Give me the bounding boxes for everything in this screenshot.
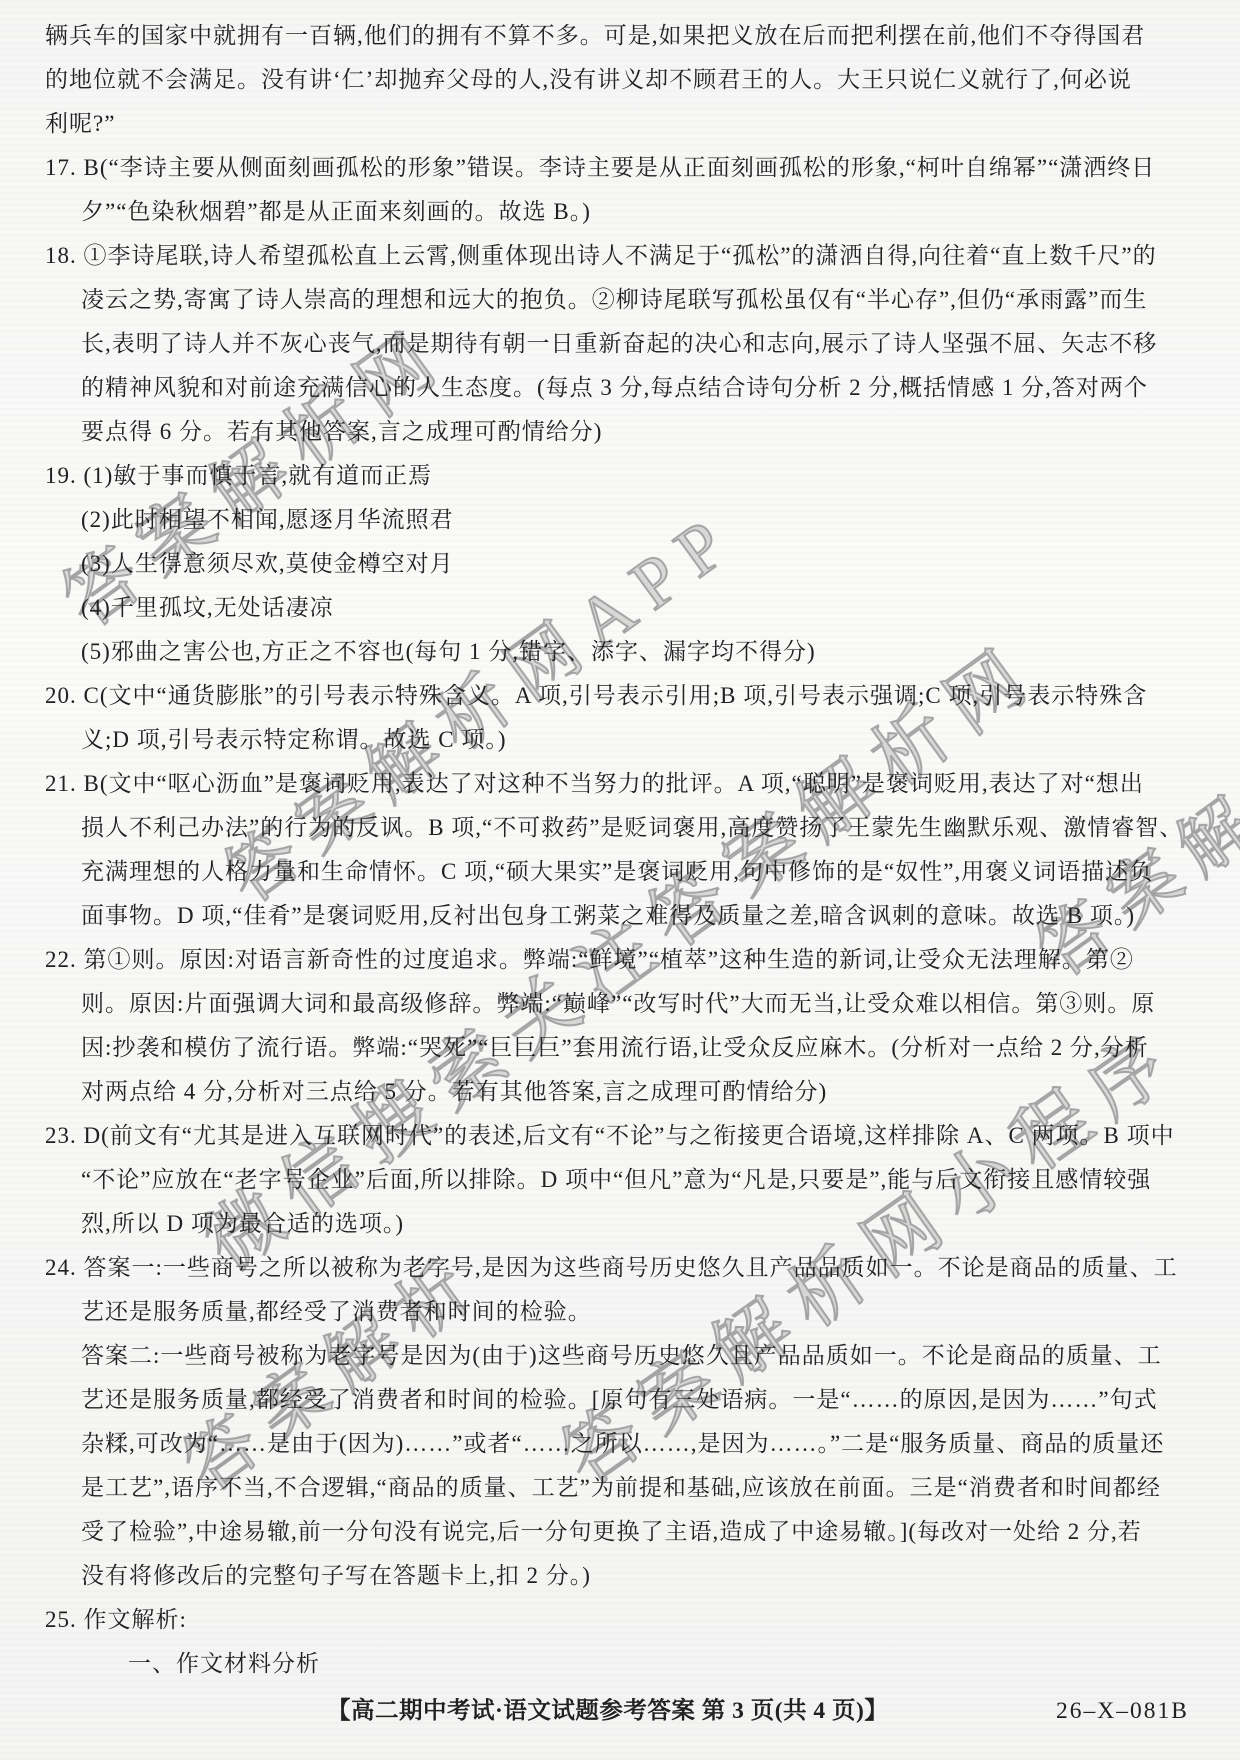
text-line: (2)此时相望不相闻,愿逐月华流照君 bbox=[0, 498, 1240, 542]
text-line: 艺还是服务质量,都经受了消费者和时间的检验。 bbox=[0, 1290, 1240, 1334]
text-line: 要点得 6 分。若有其他答案,言之成理可酌情给分) bbox=[0, 410, 1240, 454]
text-line: (5)邪曲之害公也,方正之不容也(每句 1 分,错字、添字、漏字均不得分) bbox=[0, 630, 1240, 674]
text-line: 是工艺”,语序不当,不合逻辑,“商品的质量、工艺”为前提和基础,应该放在前面。三… bbox=[0, 1466, 1240, 1510]
text-line: 22. 第①则。原因:对语言新奇性的过度追求。弊端:“鲜境”“植萃”这种生造的新… bbox=[0, 938, 1240, 982]
text-line: 20. C(文中“通货膨胀”的引号表示特殊含义。A 项,引号表示引用;B 项,引… bbox=[0, 674, 1240, 718]
text-line: 义;D 项,引号表示特定称谓。故选 C 项。) bbox=[0, 718, 1240, 762]
text-line: 凌云之势,寄寓了诗人崇高的理想和远大的抱负。②柳诗尾联写孤松虽仅有“半心存”,但… bbox=[0, 278, 1240, 322]
text-line: “不论”应放在“老字号企业”后面,所以排除。D 项中“但凡”意为“凡是,只要是”… bbox=[0, 1158, 1240, 1202]
text-line: 21. B(文中“呕心沥血”是褒词贬用,表达了对这种不当努力的批评。A 项,“聪… bbox=[0, 762, 1240, 806]
text-line: 24. 答案一:一些商号之所以被称为老字号,是因为这些商号历史悠久且产品品质如一… bbox=[0, 1246, 1240, 1290]
text-line: 利呢?” bbox=[0, 102, 1240, 146]
text-line: 25. 作文解析: bbox=[0, 1598, 1240, 1642]
text-line: 面事物。D 项,“佳肴”是褒词贬用,反衬出包身工粥菜之难得及质量之差,暗含讽刺的… bbox=[0, 894, 1240, 938]
text-line: 19. (1)敏于事而慎于言,就有道而正焉 bbox=[0, 454, 1240, 498]
paper-code: 26–X–081B bbox=[1056, 1694, 1189, 1728]
text-line: 长,表明了诗人并不灰心丧气,而是期待有朝一日重新奋起的决心和志向,展示了诗人坚强… bbox=[0, 322, 1240, 366]
text-line: 艺还是服务质量,都经受了消费者和时间的检验。[原句有三处语病。一是“……的原因,… bbox=[0, 1378, 1240, 1422]
text-line: 一、作文材料分析 bbox=[0, 1642, 1240, 1686]
text-line: 损人不利己办法”的行为的反讽。B 项,“不可救药”是贬词褒用,高度赞扬了王蒙先生… bbox=[0, 806, 1240, 850]
text-line: 因:抄袭和模仿了流行语。弊端:“哭死”“巨巨巨”套用流行语,让受众反应麻木。(分… bbox=[0, 1026, 1240, 1070]
text-line: 没有将修改后的完整句子写在答题卡上,扣 2 分。) bbox=[0, 1554, 1240, 1598]
text-line: 杂糅,可改为“……是由于(因为)……”或者“……之所以……,是因为……。”二是“… bbox=[0, 1422, 1240, 1466]
text-line: (3)人生得意须尽欢,莫使金樽空对月 bbox=[0, 542, 1240, 586]
text-line: 受了检验”,中途易辙,前一分句没有说完,后一分句更换了主语,造成了中途易辙。](… bbox=[0, 1510, 1240, 1554]
text-line: 辆兵车的国家中就拥有一百辆,他们的拥有不算不多。可是,如果把义放在后而把利摆在前… bbox=[0, 14, 1240, 58]
text-line: 的精神风貌和对前途充满信心的人生态度。(每点 3 分,每点结合诗句分析 2 分,… bbox=[0, 366, 1240, 410]
text-line: 18. ①李诗尾联,诗人希望孤松直上云霄,侧重体现出诗人不满足于“孤松”的潇洒自… bbox=[0, 234, 1240, 278]
exam-answer-page: 答案解析网答案解析网APP答案解析网微信搜索关注答案解析网答案解析答案解析网小程… bbox=[0, 0, 1240, 1760]
footer-title: 【高二期中考试·语文试题参考答案 第 3 页(共 4 页)】 bbox=[327, 1694, 888, 1728]
text-line: 17. B(“李诗主要从侧面刻画孤松的形象”错误。李诗主要是从正面刻画孤松的形象… bbox=[0, 146, 1240, 190]
text-line: 烈,所以 D 项为最合适的选项。) bbox=[0, 1202, 1240, 1246]
text-line: 对两点给 4 分,分析对三点给 5 分。若有其他答案,言之成理可酌情给分) bbox=[0, 1070, 1240, 1114]
text-line: 夕”“色染秋烟碧”都是从正面来刻画的。故选 B。) bbox=[0, 190, 1240, 234]
document-body: 辆兵车的国家中就拥有一百辆,他们的拥有不算不多。可是,如果把义放在后而把利摆在前… bbox=[0, 14, 1240, 1686]
text-line: 的地位就不会满足。没有讲‘仁’却抛弃父母的人,没有讲义却不顾君王的人。大王只说仁… bbox=[0, 58, 1240, 102]
text-line: 答案二:一些商号被称为老字号是因为(由于)这些商号历史悠久且产品品质如一。不论是… bbox=[0, 1334, 1240, 1378]
text-line: 23. D(前文有“尤其是进入互联网时代”的表述,后文有“不论”与之衔接更合语境… bbox=[0, 1114, 1240, 1158]
text-line: 充满理想的人格力量和生命情怀。C 项,“硕大果实”是褒词贬用,句中修饰的是“奴性… bbox=[0, 850, 1240, 894]
text-line: 则。原因:片面强调大词和最高级修辞。弊端:“巅峰”“改写时代”大而无当,让受众难… bbox=[0, 982, 1240, 1026]
text-line: (4)千里孤坟,无处话凄凉 bbox=[0, 586, 1240, 630]
